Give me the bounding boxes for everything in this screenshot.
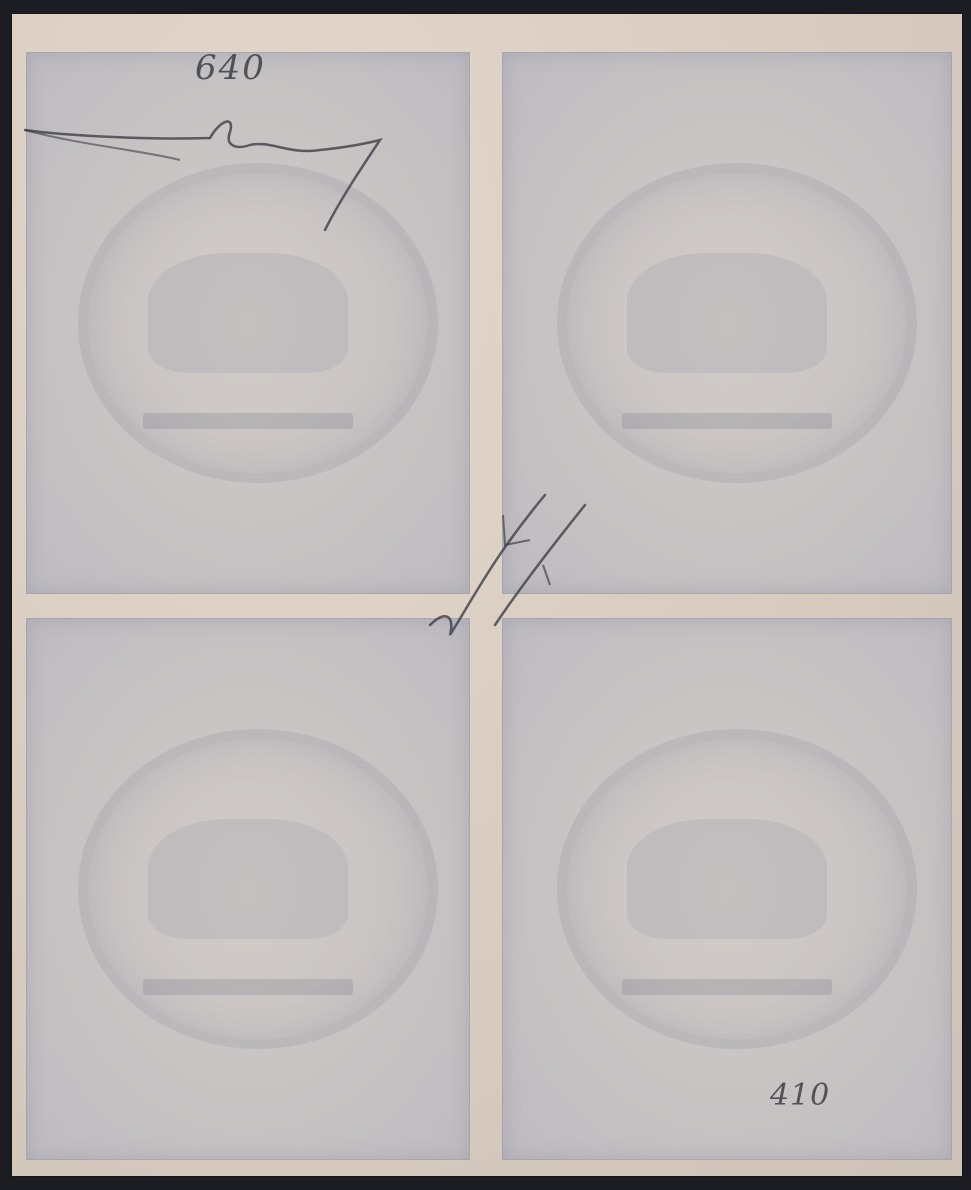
show-through-banner: [143, 979, 353, 995]
pencil-signature: [20, 110, 400, 240]
stamp-bottom-right: [502, 618, 952, 1160]
stamp-bottom-left: [26, 618, 470, 1160]
pencil-corner-note: 410: [770, 1078, 830, 1113]
pencil-number: 640: [195, 48, 266, 88]
show-through-banner: [143, 413, 353, 429]
show-through-banner: [622, 413, 832, 429]
pencil-initials: [415, 485, 595, 645]
show-through-banner: [622, 979, 832, 995]
show-through-crown: [627, 819, 827, 939]
show-through-crown: [148, 253, 348, 373]
show-through-crown: [148, 819, 348, 939]
show-through-crown: [627, 253, 827, 373]
